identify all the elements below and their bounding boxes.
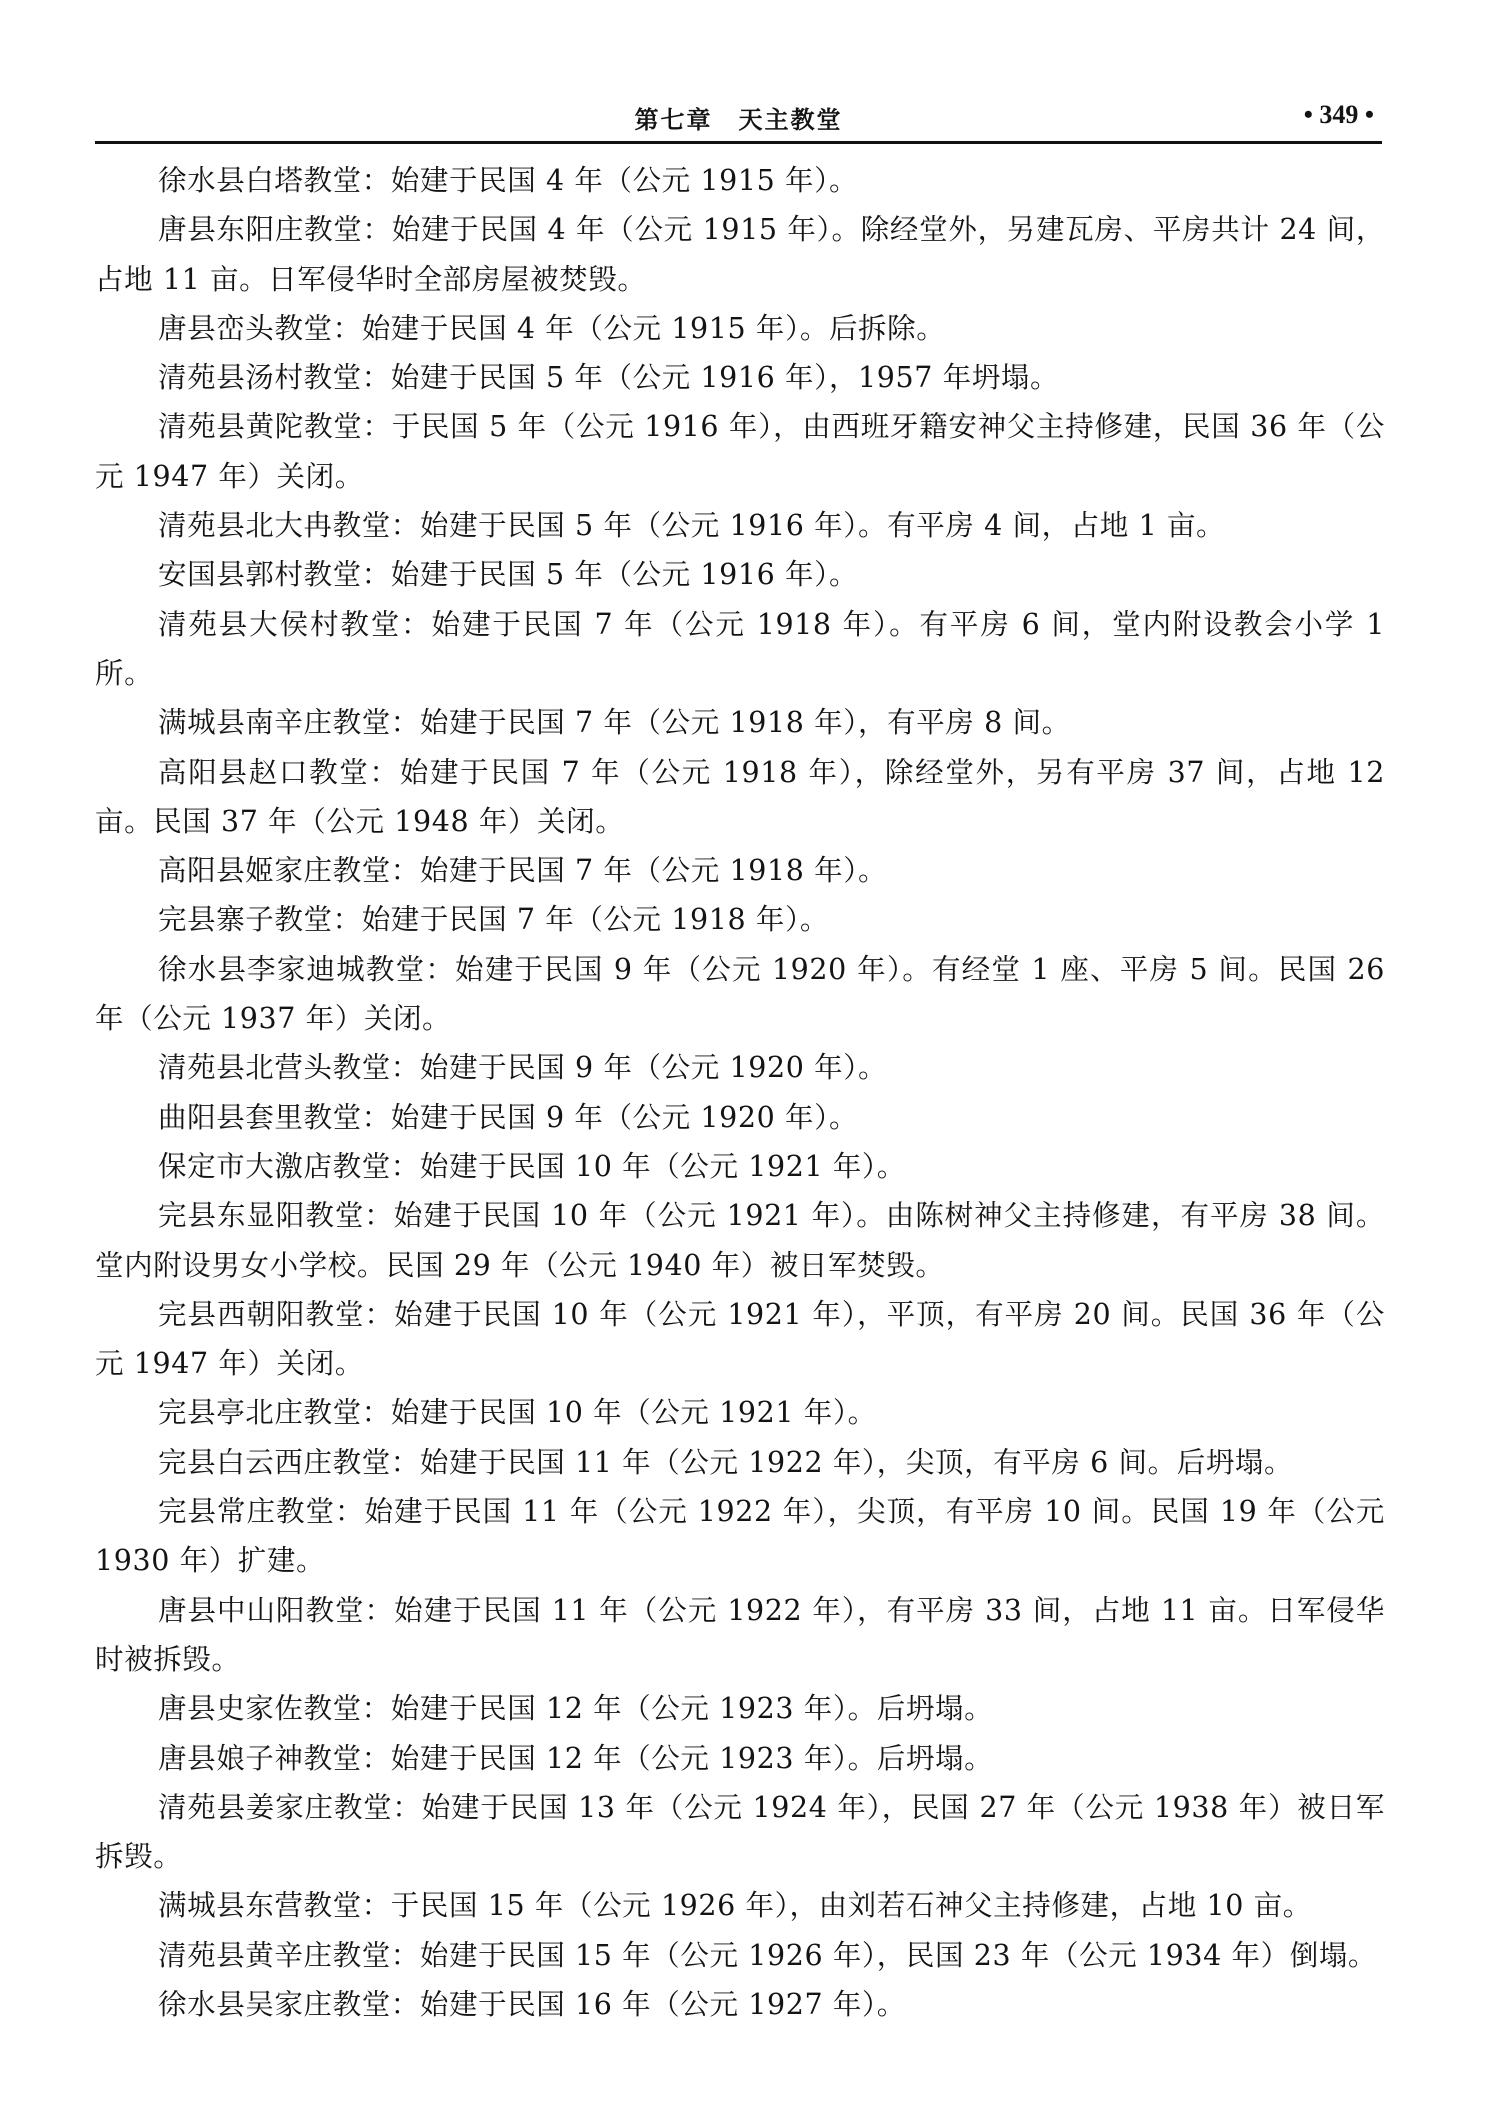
entry: 清苑县黄辛庄教堂：始建于民国 15 年（公元 1926 年），民国 23 年（公… bbox=[95, 1931, 1385, 1980]
entry: 徐水县吴家庄教堂：始建于民国 16 年（公元 1927 年）。 bbox=[95, 1980, 1385, 2029]
entry: 满城县南辛庄教堂：始建于民国 7 年（公元 1918 年），有平房 8 间。 bbox=[95, 698, 1385, 747]
entry: 完县常庄教堂：始建于民国 11 年（公元 1922 年），尖顶，有平房 10 间… bbox=[95, 1487, 1385, 1586]
entry: 曲阳县套里教堂：始建于民国 9 年（公元 1920 年）。 bbox=[95, 1093, 1385, 1142]
entry: 徐水县李家迪城教堂：始建于民国 9 年（公元 1920 年）。有经堂 1 座、平… bbox=[95, 945, 1385, 1044]
entry: 完县寨子教堂：始建于民国 7 年（公元 1918 年）。 bbox=[95, 895, 1385, 944]
entry: 清苑县北营头教堂：始建于民国 9 年（公元 1920 年）。 bbox=[95, 1043, 1385, 1092]
page-header: 第七章 天主教堂 • 349 • bbox=[95, 92, 1382, 142]
body-text: 徐水县白塔教堂：始建于民国 4 年（公元 1915 年）。 唐县东阳庄教堂：始建… bbox=[95, 156, 1385, 2029]
entry: 高阳县姬家庄教堂：始建于民国 7 年（公元 1918 年）。 bbox=[95, 846, 1385, 895]
chapter-title: 第七章 天主教堂 bbox=[95, 100, 1382, 135]
entry: 徐水县白塔教堂：始建于民国 4 年（公元 1915 年）。 bbox=[95, 156, 1385, 205]
entry: 清苑县黄陀教堂：于民国 5 年（公元 1916 年），由西班牙籍安神父主持修建，… bbox=[95, 402, 1385, 501]
entry: 清苑县大侯村教堂：始建于民国 7 年（公元 1918 年）。有平房 6 间，堂内… bbox=[95, 600, 1385, 699]
entry: 清苑县姜家庄教堂：始建于民国 13 年（公元 1924 年），民国 27 年（公… bbox=[95, 1783, 1385, 1882]
entry: 安国县郭村教堂：始建于民国 5 年（公元 1916 年）。 bbox=[95, 550, 1385, 599]
entry: 清苑县汤村教堂：始建于民国 5 年（公元 1916 年），1957 年坍塌。 bbox=[95, 353, 1385, 402]
entry: 完县白云西庄教堂：始建于民国 11 年（公元 1922 年），尖顶，有平房 6 … bbox=[95, 1438, 1385, 1487]
entry: 唐县中山阳教堂：始建于民国 11 年（公元 1922 年），有平房 33 间，占… bbox=[95, 1586, 1385, 1685]
entry: 唐县史家佐教堂：始建于民国 12 年（公元 1923 年）。后坍塌。 bbox=[95, 1684, 1385, 1733]
entry: 完县东显阳教堂：始建于民国 10 年（公元 1921 年）。由陈树神父主持修建，… bbox=[95, 1191, 1385, 1290]
entry: 完县西朝阳教堂：始建于民国 10 年（公元 1921 年），平顶，有平房 20 … bbox=[95, 1290, 1385, 1389]
entry: 保定市大激店教堂：始建于民国 10 年（公元 1921 年）。 bbox=[95, 1142, 1385, 1191]
entry: 高阳县赵口教堂：始建于民国 7 年（公元 1918 年），除经堂外，另有平房 3… bbox=[95, 748, 1385, 847]
page-number: • 349 • bbox=[1304, 100, 1374, 130]
entry: 清苑县北大冉教堂：始建于民国 5 年（公元 1916 年）。有平房 4 间，占地… bbox=[95, 501, 1385, 550]
entry: 完县亭北庄教堂：始建于民国 10 年（公元 1921 年）。 bbox=[95, 1388, 1385, 1437]
entry: 唐县娘子神教堂：始建于民国 12 年（公元 1923 年）。后坍塌。 bbox=[95, 1734, 1385, 1783]
entry: 唐县峦头教堂：始建于民国 4 年（公元 1915 年）。后拆除。 bbox=[95, 304, 1385, 353]
entry: 满城县东营教堂：于民国 15 年（公元 1926 年），由刘若石神父主持修建，占… bbox=[95, 1881, 1385, 1930]
header-rule bbox=[95, 141, 1382, 144]
entry: 唐县东阳庄教堂：始建于民国 4 年（公元 1915 年）。除经堂外，另建瓦房、平… bbox=[95, 205, 1385, 304]
